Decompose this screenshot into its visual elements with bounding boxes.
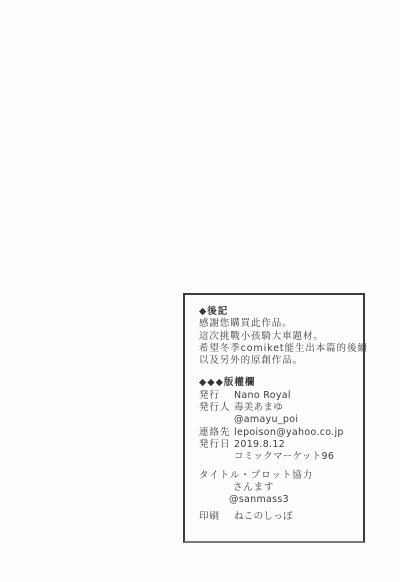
imprint-row-contact: 連絡先 lepoison@yahoo.co.jp (199, 427, 357, 439)
printing-row: 印刷 ねこのしっぽ (199, 511, 357, 523)
imprint-heading: ◆◆◆版權欄 (199, 377, 357, 389)
imprint-value: Nano Royal (234, 390, 291, 402)
imprint-row-author-handle: @amayu_poi (199, 414, 357, 426)
imprint-label: 発行人 (199, 402, 234, 414)
imprint-row-date: 発行日 2019.8.12 (199, 439, 357, 451)
imprint-row-author: 発行人 毒美あまゆ (199, 402, 357, 414)
afterword-line: 希望冬季comiket能生出本篇的後續 (199, 343, 357, 355)
printing-label: 印刷 (199, 511, 234, 523)
printing-value: ねこのしっぽ (234, 511, 293, 523)
imprint-label: 発行日 (199, 439, 234, 451)
imprint-label: 発行 (199, 390, 234, 402)
afterword-line: 這次挑戰小孩騎大車題材。 (199, 331, 357, 343)
credits-heading: タイトル・プロット協力 (199, 470, 357, 482)
credits-name: さんます (199, 482, 357, 494)
imprint-label: 連絡先 (199, 427, 234, 439)
credits-section: タイトル・プロット協力 さんます @sanmass3 (199, 470, 357, 507)
scanned-page: ◆後記 感謝您購買此作品。 這次挑戰小孩騎大車題材。 希望冬季comiket能生… (0, 0, 400, 582)
imprint-row-publisher: 発行 Nano Royal (199, 390, 357, 402)
imprint-section: ◆◆◆版權欄 発行 Nano Royal 発行人 毒美あまゆ @amayu_po… (199, 377, 357, 463)
afterword-heading: ◆後記 (199, 306, 357, 318)
afterword-section: ◆後記 感謝您購買此作品。 這次挑戰小孩騎大車題材。 希望冬季comiket能生… (199, 306, 357, 367)
imprint-value: lepoison@yahoo.co.jp (234, 427, 344, 439)
imprint-value: 毒美あまゆ (234, 402, 283, 414)
imprint-value: @amayu_poi (234, 414, 298, 426)
credits-handle: @sanmass3 (199, 494, 357, 506)
colophon-box: ◆後記 感謝您購買此作品。 這次挑戰小孩騎大車題材。 希望冬季comiket能生… (183, 293, 365, 543)
afterword-line: 以及另外的原創作品。 (199, 355, 357, 367)
imprint-row-event: コミックマーケット96 (199, 451, 357, 463)
imprint-value: コミックマーケット96 (234, 451, 334, 463)
imprint-value: 2019.8.12 (234, 439, 285, 451)
afterword-line: 感謝您購買此作品。 (199, 318, 357, 330)
